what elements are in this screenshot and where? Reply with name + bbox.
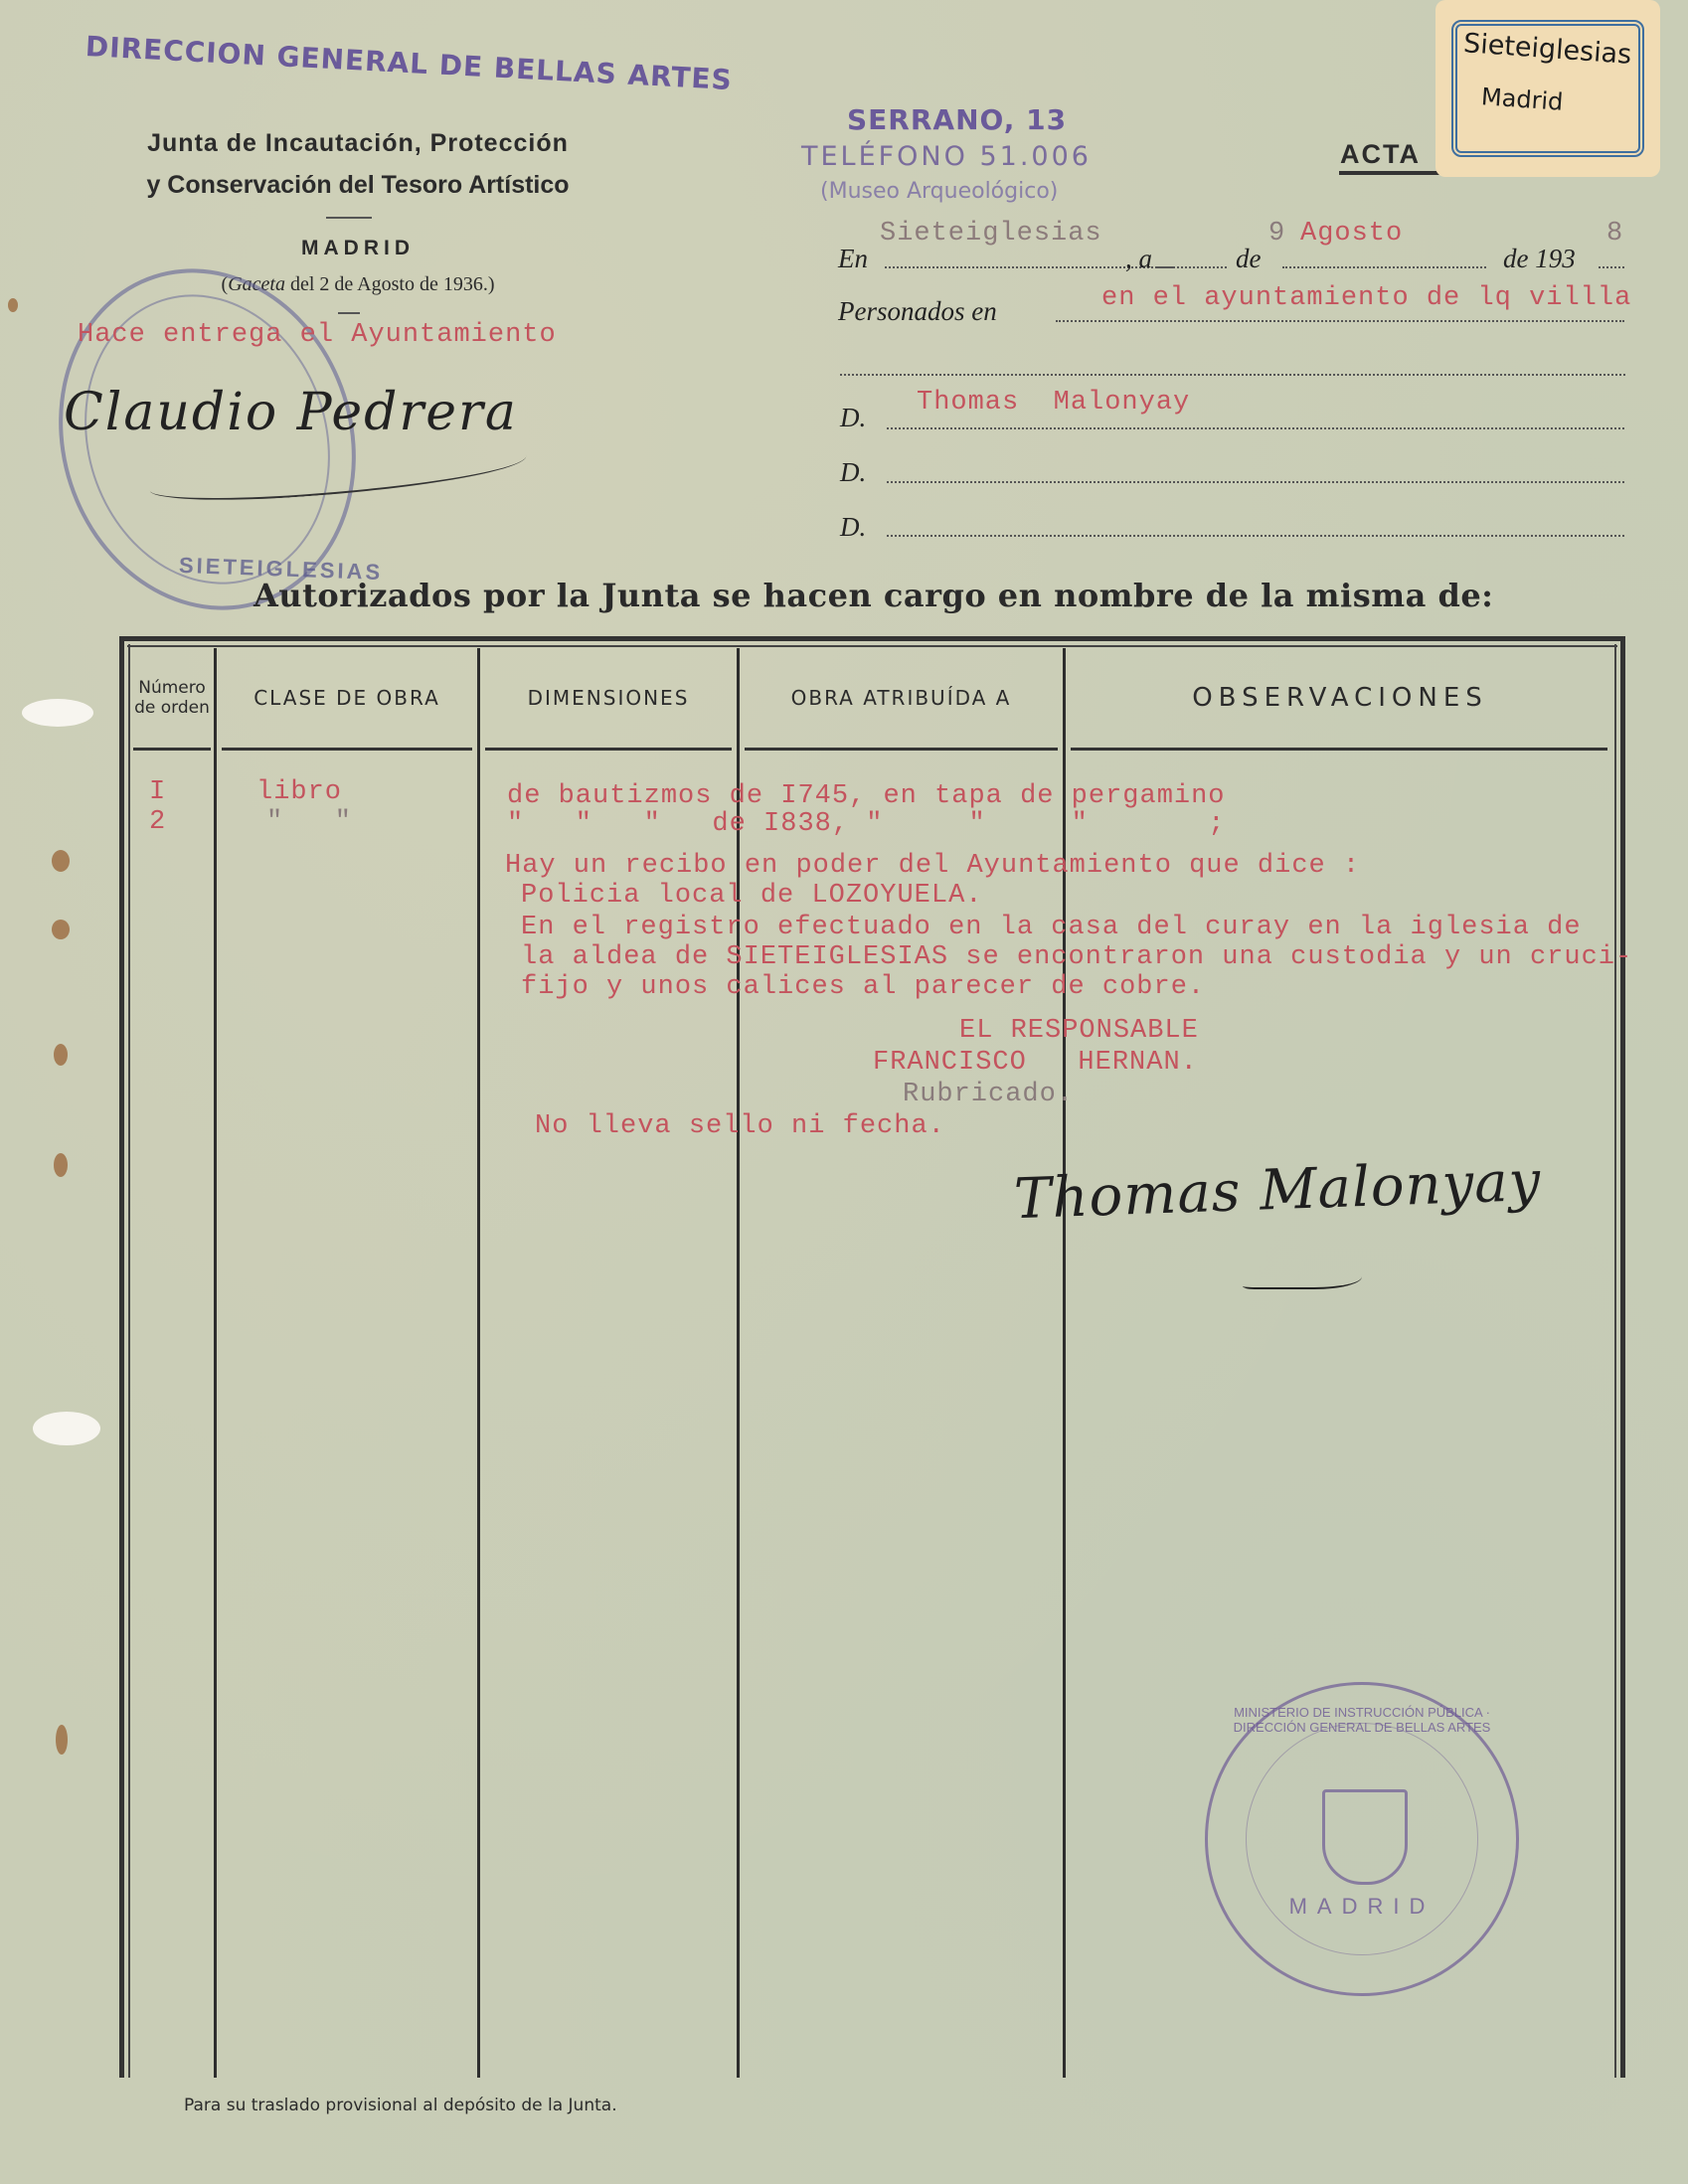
divider: [338, 312, 360, 314]
signature-pedrera: Claudio Pedrera: [64, 383, 518, 442]
day-field-value: 9: [1268, 219, 1285, 249]
rust-stain: [56, 1725, 68, 1755]
d1-field-line: [887, 427, 1624, 429]
rust-stain: [52, 920, 70, 939]
day-field-line: [1157, 266, 1227, 268]
entrega-typed-note: Hace entrega el Ayuntamiento: [78, 320, 557, 350]
note-line: Hay un recibo en poder del Ayuntamiento …: [505, 851, 1360, 881]
table-left-border: [119, 636, 124, 2078]
coat-of-arms-icon: [1322, 1789, 1408, 1885]
gaceta-rest: del 2 de Agosto de 1936.): [285, 273, 495, 295]
column-divider: [477, 648, 480, 2078]
a-label: , a: [1125, 244, 1152, 274]
header-clase-obra: CLASE DE OBRA: [217, 648, 477, 748]
rust-stain: [52, 850, 70, 872]
address-street: SERRANO, 13: [847, 103, 1067, 136]
header-obra-atribuida: OBRA ATRIBUÍDA A: [740, 648, 1063, 748]
table-top-border: [119, 636, 1625, 641]
direccion-stamp: DIRECCION GENERAL DE BELLAS ARTES: [84, 30, 733, 96]
table-top-border-inner: [127, 645, 1617, 647]
letterhead-city: MADRID: [119, 237, 596, 260]
responsable-name: FRANCISCO HERNAN.: [873, 1048, 1198, 1078]
note-line: fijo y unos calices al parecer de cobre.: [521, 972, 1205, 1002]
en-label: En: [838, 244, 868, 274]
punch-hole: [22, 699, 93, 727]
address-phone: TELÉFONO 51.006: [801, 141, 1092, 172]
personados-field-value: en el ayuntamiento de lq villla: [1101, 283, 1631, 313]
header-underline: [485, 748, 732, 751]
junta-title-line1: Junta de Incautación, Protección: [119, 129, 596, 158]
row-clase: " ": [266, 807, 352, 837]
row-description: de bautizmos de I745, en tapa de pergami…: [507, 781, 1226, 811]
address-museum: (Museo Arqueológico): [820, 179, 1058, 204]
d3-field-line: [887, 535, 1624, 537]
table-right-border: [1620, 636, 1625, 2078]
footer-note: Para su traslado provisional al depósito…: [184, 2096, 617, 2115]
month-field-value: Agosto: [1300, 219, 1403, 249]
header-underline: [133, 748, 211, 751]
d2-field-line: [887, 481, 1624, 483]
note-line: la aldea de SIETEIGLESIAS se encontraron…: [521, 942, 1632, 972]
rust-stain: [54, 1153, 68, 1177]
header-underline: [222, 748, 472, 751]
d1-label: D.: [840, 403, 866, 433]
row-number: 2: [149, 807, 166, 837]
junta-seal: MINISTERIO DE INSTRUCCIÓN PÚBLICA · DIRE…: [1205, 1682, 1519, 1996]
rust-stain: [8, 298, 18, 312]
personados-field-line: [1056, 320, 1624, 322]
header-numero-orden: Número de orden: [130, 648, 214, 748]
divider: [326, 217, 372, 219]
row-number: I: [149, 777, 166, 807]
junta-title-line2: y Conservación del Tesoro Artístico: [119, 171, 596, 200]
responsable-title: EL RESPONSABLE: [959, 1016, 1199, 1046]
no-sello-note: No lleva sello ni fecha.: [535, 1111, 945, 1141]
acta-label: ACTA: [1340, 139, 1421, 170]
column-divider: [214, 648, 217, 2078]
header-underline: [1071, 748, 1607, 751]
header-dimensiones: DIMENSIONES: [480, 648, 737, 748]
rust-stain: [54, 1044, 68, 1066]
punch-hole: [33, 1412, 100, 1445]
d3-label: D.: [840, 512, 866, 543]
stamp-city: Madrid: [1480, 83, 1564, 116]
month-field-line: [1282, 266, 1486, 268]
fiscal-stamp: Sieteiglesias Madrid: [1439, 4, 1656, 173]
row-description: " " " de I838, " " " ;: [507, 809, 1226, 839]
d1-field-value: Thomas Malonyay: [917, 388, 1190, 418]
row-clase: libro: [256, 777, 342, 807]
header-underline: [745, 748, 1058, 751]
year-field-line: [1599, 266, 1624, 268]
year-prefix-label: de 193: [1503, 244, 1576, 274]
en-field-value: Sieteiglesias: [880, 219, 1102, 249]
seal-inner-text: MINISTERIO DE INSTRUCCIÓN PÚBLICA · DIRE…: [1228, 1705, 1496, 1735]
header-observaciones: OBSERVACIONES: [1066, 648, 1614, 748]
signature-flourish: [1243, 1258, 1362, 1289]
personados-continuation-line: [840, 374, 1625, 376]
personados-label: Personados en: [838, 296, 997, 327]
seal-city: MADRID: [1208, 1894, 1516, 1920]
year-field-value: 8: [1606, 219, 1623, 249]
de-label: de: [1236, 244, 1261, 274]
section-title: Autorizados por la Junta se hacen cargo …: [253, 577, 1493, 614]
rubricado-note: Rubricado.: [903, 1080, 1074, 1109]
d2-label: D.: [840, 457, 866, 488]
table-left-border-inner: [128, 644, 130, 2078]
note-line: En el registro efectuado en la casa del …: [521, 913, 1582, 942]
table-right-border-inner: [1614, 644, 1616, 2078]
note-line: Policia local de LOZOYUELA.: [521, 881, 982, 911]
